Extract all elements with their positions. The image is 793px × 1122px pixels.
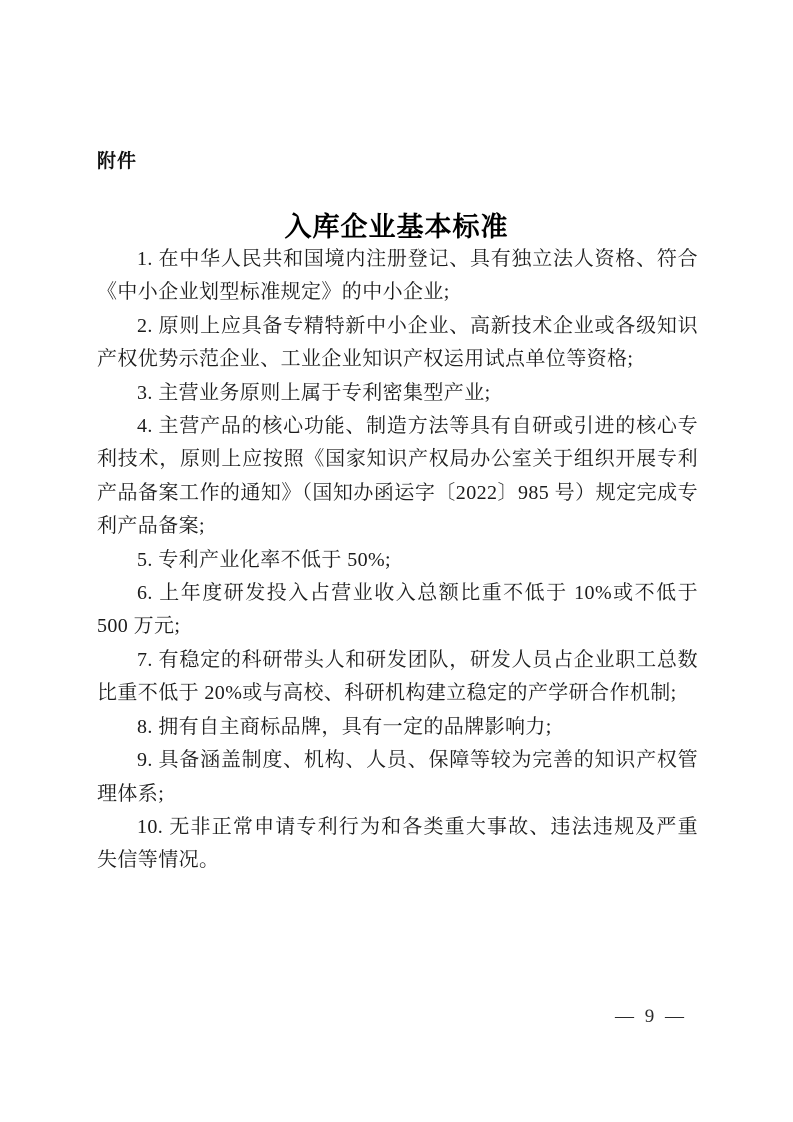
standard-item: 2. 原则上应具备专精特新中小企业、高新技术企业或各级知识产权优势示范企业、工业… (97, 310, 698, 377)
standard-item: 9. 具备涵盖制度、机构、人员、保障等较为完善的知识产权管理体系; (97, 744, 698, 811)
page-number: — 9 — (615, 1006, 687, 1028)
standard-item: 1. 在中华人民共和国境内注册登记、具有独立法人资格、符合《中小企业划型标准规定… (97, 243, 698, 310)
attachment-label: 附件 (97, 146, 137, 173)
document-title: 入库企业基本标准 (0, 205, 793, 244)
standards-list: 1. 在中华人民共和国境内注册登记、具有独立法人资格、符合《中小企业划型标准规定… (97, 243, 698, 878)
standard-item: 7. 有稳定的科研带头人和研发团队，研发人员占企业职工总数比重不低于 20%或与… (97, 644, 698, 711)
standard-item: 8. 拥有自主商标品牌，具有一定的品牌影响力; (97, 711, 698, 744)
standard-item: 3. 主营业务原则上属于专利密集型产业; (97, 377, 698, 410)
document-page: 附件 入库企业基本标准 1. 在中华人民共和国境内注册登记、具有独立法人资格、符… (0, 0, 793, 1122)
standard-item: 4. 主营产品的核心功能、制造方法等具有自研或引进的核心专利技术，原则上应按照《… (97, 410, 698, 544)
standard-item: 6. 上年度研发投入占营业收入总额比重不低于 10%或不低于 500 万元; (97, 577, 698, 644)
standard-item: 5. 专利产业化率不低于 50%; (97, 544, 698, 577)
standard-item: 10. 无非正常申请专利行为和各类重大事故、违法违规及严重失信等情况。 (97, 811, 698, 878)
